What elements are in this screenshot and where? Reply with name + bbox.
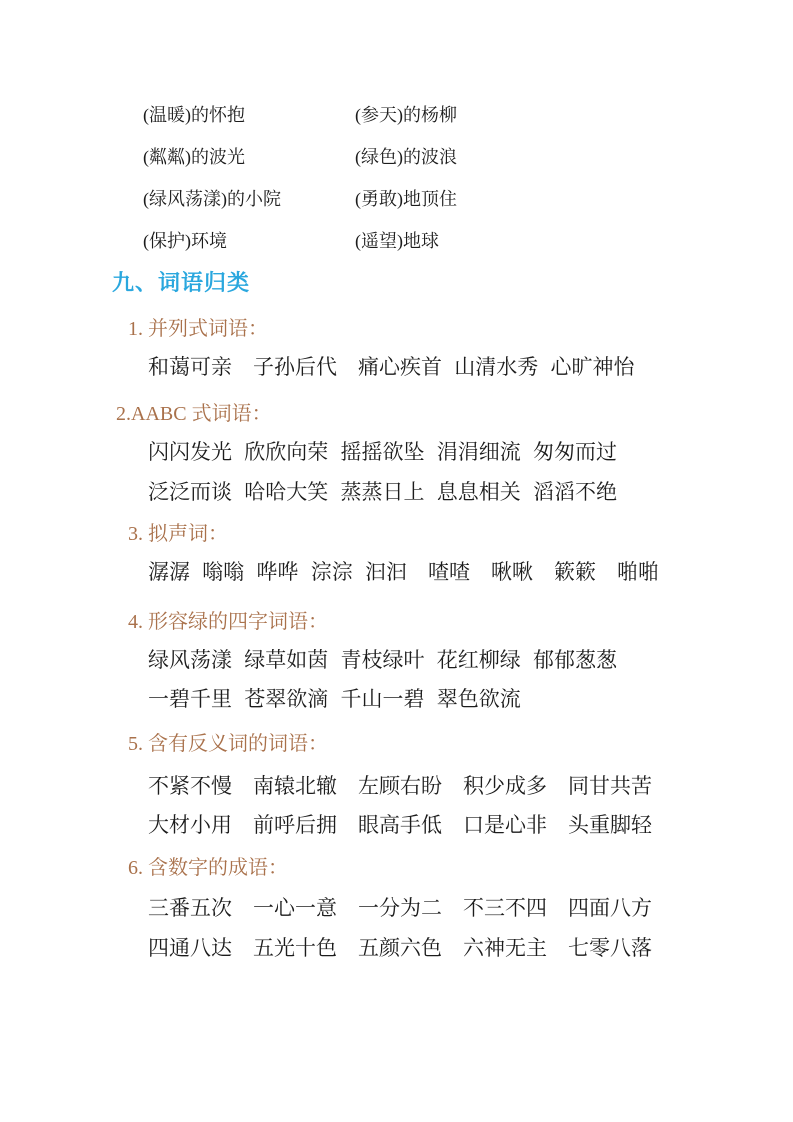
collocation-pair: (绿风荡漾)的小院 <box>143 188 281 210</box>
document-page: (温暖)的怀抱 (参天)的杨柳 (粼粼)的波光 (绿色)的波浪 (绿风荡漾)的小… <box>0 0 793 1122</box>
word-line: 一碧千里 苍翠欲滴 千山一碧 翠色欲流 <box>148 687 521 712</box>
collocation-pair: (粼粼)的波光 <box>143 146 245 168</box>
word-line: 三番五次 一心一意 一分为二 不三不四 四面八方 <box>148 896 652 921</box>
group-label: 2.AABC 式词语： <box>116 402 272 426</box>
collocation-pair: (保护)环境 <box>143 230 227 252</box>
word-line: 和蔼可亲 子孙后代 痛心疾首 山清水秀 心旷神怡 <box>148 355 635 380</box>
collocation-pair: (绿色)的波浪 <box>355 146 457 168</box>
word-line: 四通八达 五光十色 五颜六色 六神无主 七零八落 <box>148 936 652 961</box>
group-label: 5. 含有反义词的词语： <box>128 732 328 756</box>
group-label: 3. 拟声词： <box>128 522 228 546</box>
word-line: 大材小用 前呼后拥 眼高手低 口是心非 头重脚轻 <box>148 813 652 838</box>
word-line: 潺潺 嗡嗡 哗哗 淙淙 汩汩 喳喳 啾啾 簌簌 啪啪 <box>148 560 659 585</box>
group-label: 1. 并列式词语： <box>128 317 268 341</box>
word-line: 泛泛而谈 哈哈大笑 蒸蒸日上 息息相关 滔滔不绝 <box>148 480 617 505</box>
group-label: 4. 形容绿的四字词语： <box>128 610 328 634</box>
section-title: 九、词语归类 <box>112 271 250 297</box>
word-line: 绿风荡漾 绿草如茵 青枝绿叶 花红柳绿 郁郁葱葱 <box>148 648 617 673</box>
collocation-pair: (温暖)的怀抱 <box>143 104 245 126</box>
word-line: 闪闪发光 欣欣向荣 摇摇欲坠 涓涓细流 匆匆而过 <box>148 440 617 465</box>
group-label: 6. 含数字的成语： <box>128 856 288 880</box>
collocation-pair: (参天)的杨柳 <box>355 104 457 126</box>
word-line: 不紧不慢 南辕北辙 左顾右盼 积少成多 同甘共苦 <box>148 774 652 799</box>
collocation-pair: (遥望)地球 <box>355 230 439 252</box>
collocation-pair: (勇敢)地顶住 <box>355 188 457 210</box>
